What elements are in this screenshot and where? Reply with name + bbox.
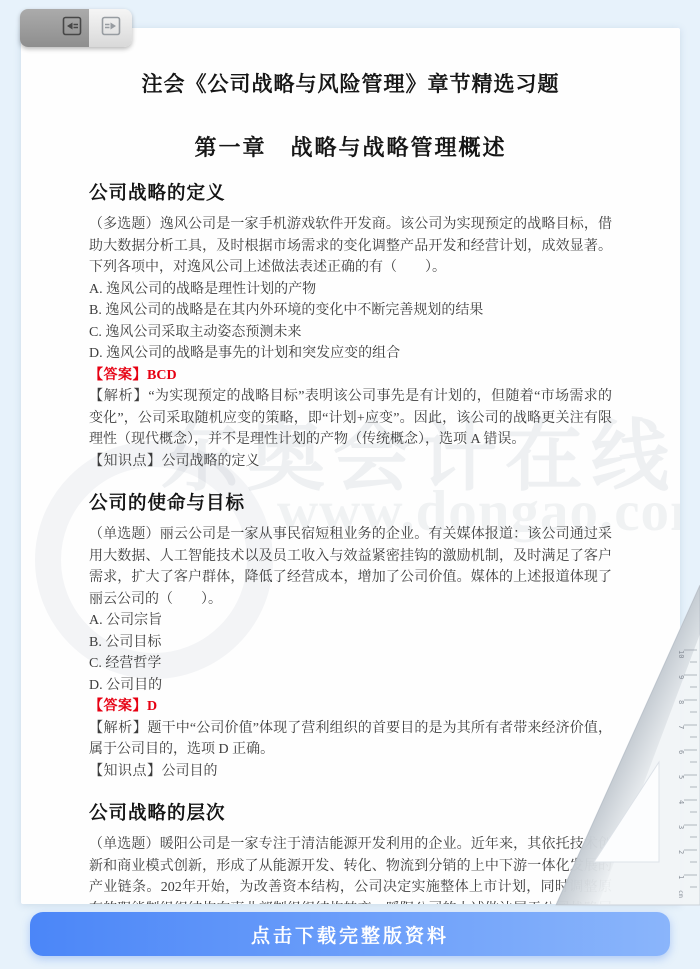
option-a: A. 逸风公司的战略是理性计划的产物 [89, 279, 612, 301]
doc-title: 注会《公司战略与风险管理》章节精选习题 [89, 68, 612, 98]
knowledge-text: 公司目的 [162, 764, 218, 779]
page-nav-toolbar [20, 9, 132, 47]
section-heading: 公司战略的层次 [89, 799, 612, 825]
analysis-line: 【解析】题干中“公司价值”体现了营利组织的首要目的是为其所有者带来经济价值，属于… [89, 718, 612, 761]
answer-value: D [147, 699, 157, 714]
document-content: 注会《公司战略与风险管理》章节精选习题 第一章 战略与战略管理概述 公司战略的定… [21, 28, 680, 904]
answer-label: 【答案】 [89, 699, 147, 714]
question-text: （单选题）暖阳公司是一家专注于清洁能源开发利用的企业。近年来，其依托技术创新和商… [89, 834, 612, 904]
download-button-label: 点击下载完整版资料 [251, 921, 449, 948]
section-heading: 公司的使命与目标 [89, 489, 612, 515]
answer-line: 【答案】D [89, 696, 612, 718]
section-heading: 公司战略的定义 [89, 179, 612, 205]
section-levels: 公司战略的层次 （单选题）暖阳公司是一家专注于清洁能源开发利用的企业。近年来，其… [89, 799, 612, 904]
question-text: （单选题）丽云公司是一家从事民宿短租业务的企业。有关媒体报道：该公司通过采用大数… [89, 524, 612, 610]
analysis-line: 【解析】“为实现预定的战略目标”表明该公司事先是有计划的，但随着“市场需求的变化… [89, 386, 612, 451]
option-b: B. 公司目标 [89, 632, 612, 654]
knowledge-label: 【知识点】 [89, 454, 162, 469]
chapter-title: 第一章 战略与战略管理概述 [89, 131, 612, 162]
analysis-text: 题干中“公司价值”体现了营利组织的首要目的是为其所有者带来经济价值，属于公司目的… [89, 721, 612, 758]
option-d: D. 逸风公司的战略是事先的计划和突发应变的组合 [89, 343, 612, 365]
option-c: C. 逸风公司采取主动姿态预测未来 [89, 322, 612, 344]
analysis-text: “为实现预定的战略目标”表明该公司事先是有计划的，但随着“市场需求的变化”，公司… [89, 389, 612, 447]
analysis-label: 【解析】 [89, 721, 148, 736]
page-forward-icon [99, 14, 123, 43]
question-text: （多选题）逸风公司是一家手机游戏软件开发商。该公司为实现预定的战略目标，借助大数… [89, 214, 612, 279]
analysis-label: 【解析】 [89, 389, 148, 404]
option-c: C. 经营哲学 [89, 653, 612, 675]
knowledge-text: 公司战略的定义 [162, 454, 260, 469]
answer-line: 【答案】BCD [89, 365, 612, 387]
knowledge-label: 【知识点】 [89, 764, 162, 779]
option-b: B. 逸风公司的战略是在其内外环境的变化中不断完善规划的结果 [89, 300, 612, 322]
option-a: A. 公司宗旨 [89, 610, 612, 632]
knowledge-line: 【知识点】公司战略的定义 [89, 451, 612, 473]
answer-value: BCD [147, 368, 177, 383]
knowledge-line: 【知识点】公司目的 [89, 761, 612, 783]
section-mission: 公司的使命与目标 （单选题）丽云公司是一家从事民宿短租业务的企业。有关媒体报道：… [89, 489, 612, 782]
next-page-button[interactable] [89, 9, 132, 47]
prev-page-button[interactable] [20, 9, 89, 47]
document-page: 东奥会计在线 www.dongao.com 注会《公司战略与风险管理》章节精选习… [21, 28, 680, 904]
ruler-ticks [684, 650, 697, 887]
answer-label: 【答案】 [89, 368, 147, 383]
section-definition: 公司战略的定义 （多选题）逸风公司是一家手机游戏软件开发商。该公司为实现预定的战… [89, 179, 612, 472]
option-d: D. 公司目的 [89, 675, 612, 697]
download-button[interactable]: 点击下载完整版资料 [30, 912, 670, 956]
page-back-icon [60, 14, 84, 43]
